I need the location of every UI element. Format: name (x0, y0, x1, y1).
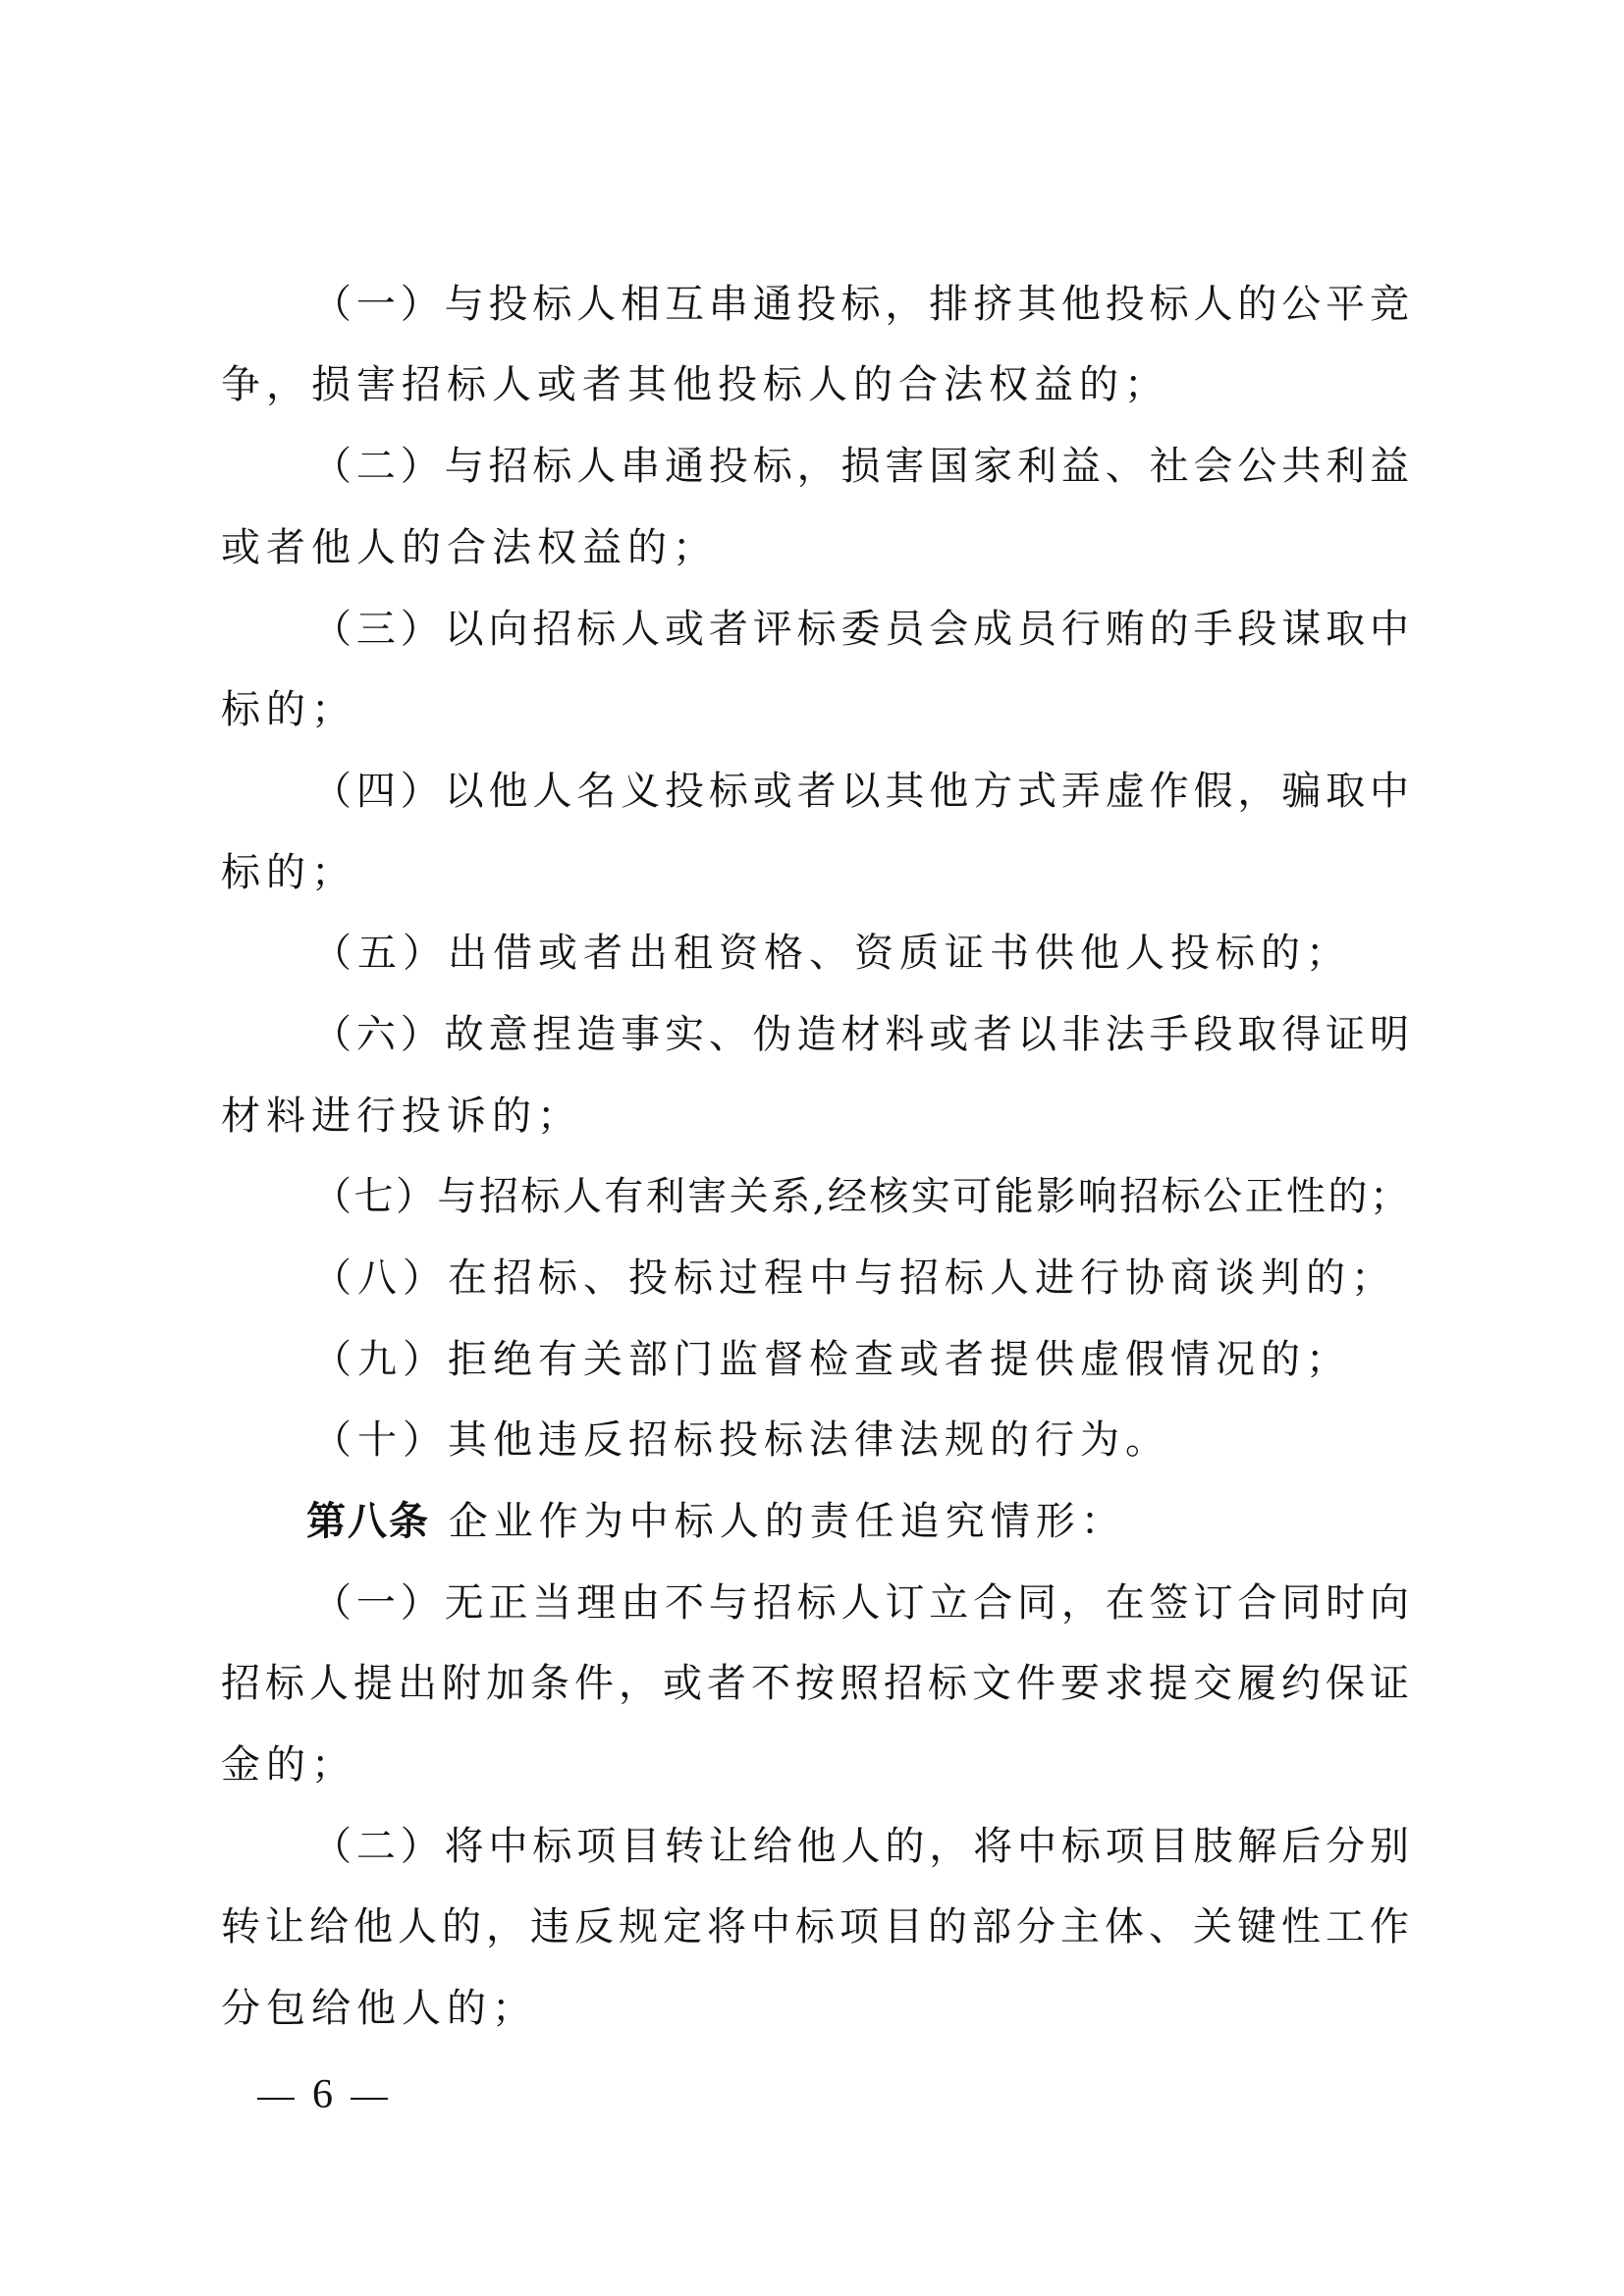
art8-item-1-line-1: （一）无正当理由不与招标人订立合同，在签订合同时向 (312, 1579, 1409, 1627)
item-6-line-2: 材料进行投诉的； (221, 1093, 582, 1140)
article-title: 企业作为中标人的责任追究情形： (430, 1499, 1126, 1544)
item-9: （九）拒绝有关部门监督检查或者提供虚假情况的； (312, 1336, 1351, 1383)
art8-item-1-line-3: 金的； (221, 1741, 356, 1789)
item-1-line-1: （一）与投标人相互串通投标，排挤其他投标人的公平竞 (312, 281, 1409, 328)
item-3-line-1: （三）以向招标人或者评标委员会成员行贿的手段谋取中 (312, 606, 1409, 653)
article-label: 第八条 (306, 1499, 430, 1544)
item-4-line-1: （四）以他人名义投标或者以其他方式弄虚作假，骗取中 (312, 768, 1409, 815)
art8-item-2-line-1: （二）将中标项目转让给他人的，将中标项目肢解后分别 (312, 1823, 1409, 1870)
item-2-line-1: （二）与招标人串通投标，损害国家利益、社会公共利益 (312, 443, 1409, 490)
item-5: （五）出借或者出租资格、资质证书供他人投标的； (312, 930, 1351, 977)
art8-item-1-line-2: 招标人提出附加条件，或者不按照招标文件要求提交履约保证 (221, 1660, 1409, 1707)
art8-item-2-line-3: 分包给他人的； (221, 1985, 537, 2032)
item-10: （十）其他违反招标投标法律法规的行为。 (312, 1416, 1170, 1464)
article-8-heading: 第八条 企业作为中标人的责任追究情形： (306, 1498, 1126, 1545)
page-number: 6 (312, 2073, 333, 2116)
item-8: （八）在招标、投标过程中与招标人进行协商谈判的； (312, 1255, 1396, 1302)
item-2-line-2: 或者他人的合法权益的； (221, 524, 718, 571)
dash-left (257, 2098, 295, 2100)
item-1-line-2: 争，损害招标人或者其他投标人的合法权益的； (221, 361, 1169, 408)
page-footer: 6 (257, 2073, 388, 2116)
document-page: （一）与投标人相互串通投标，排挤其他投标人的公平竞 争，损害招标人或者其他投标人… (0, 0, 1624, 2296)
art8-item-2-line-2: 转让给他人的，违反规定将中标项目的部分主体、关键性工作 (221, 1903, 1409, 1950)
item-4-line-2: 标的； (221, 849, 356, 896)
item-7: （七）与招标人有利害关系,经核实可能影响招标公正性的； (312, 1173, 1409, 1220)
item-6-line-1: （六）故意捏造事实、伪造材料或者以非法手段取得证明 (312, 1011, 1409, 1058)
item-3-line-2: 标的； (221, 686, 356, 733)
dash-right (351, 2098, 388, 2100)
